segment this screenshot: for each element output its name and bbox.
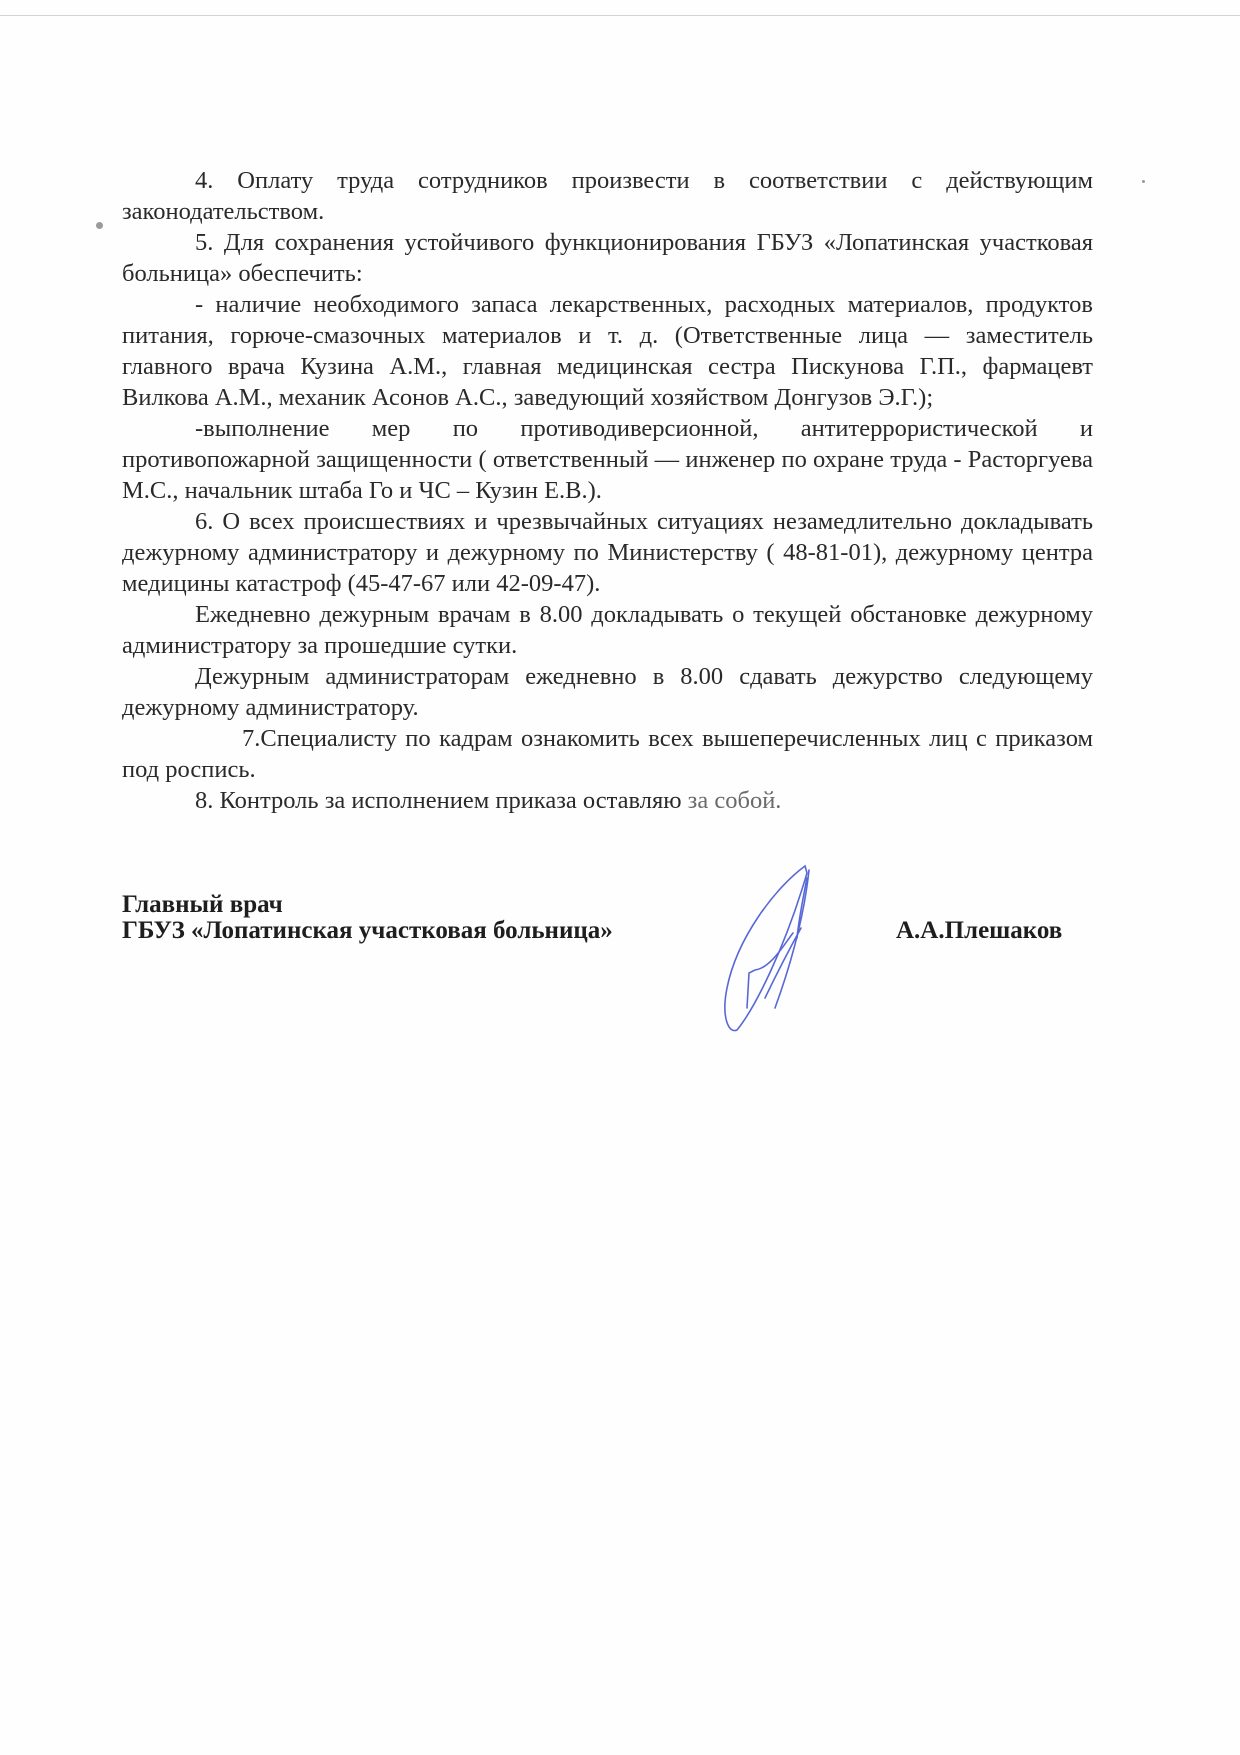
scan-speck <box>96 222 103 229</box>
scan-edge-line <box>0 15 1240 16</box>
paragraph-5-supplies: - наличие необходимого запаса лекарствен… <box>122 289 1093 413</box>
paragraph-5: 5. Для сохранения устойчивого функционир… <box>122 227 1093 289</box>
paragraph-6-handover: Дежурным администраторам ежедневно в 8.0… <box>122 661 1093 723</box>
document-page: 4. Оплату труда сотрудников произвести в… <box>0 0 1240 1755</box>
signatory-name: А.А.Плешаков <box>896 918 1062 944</box>
paragraph-8: 8. Контроль за исполнением приказа остав… <box>122 785 1093 816</box>
paragraph-6-daily-report: Ежедневно дежурным врачам в 8.00 доклады… <box>122 599 1093 661</box>
signatory-position: Главный врач <box>122 892 613 918</box>
paragraph-5-security: -выполнение мер по противодиверсионной, … <box>122 413 1093 506</box>
signatory-organization: ГБУЗ «Лопатинская участковая больница» <box>122 918 613 944</box>
paragraph-7: 7.Специалисту по кадрам ознакомить всех … <box>122 723 1093 785</box>
paragraph-6: 6. О всех происшествиях и чрезвычайных с… <box>122 506 1093 599</box>
document-body: 4. Оплату труда сотрудников произвести в… <box>122 165 1093 816</box>
scan-speck <box>1142 180 1145 183</box>
signatory-title: Главный врач ГБУЗ «Лопатинская участкова… <box>122 892 613 944</box>
paragraph-4: 4. Оплату труда сотрудников произвести в… <box>122 165 1093 227</box>
handwritten-signature-icon <box>715 858 825 1038</box>
paragraph-8-main: 8. Контроль за исполнением приказа остав… <box>195 787 688 814</box>
paragraph-8-tail: за собой. <box>688 787 782 814</box>
